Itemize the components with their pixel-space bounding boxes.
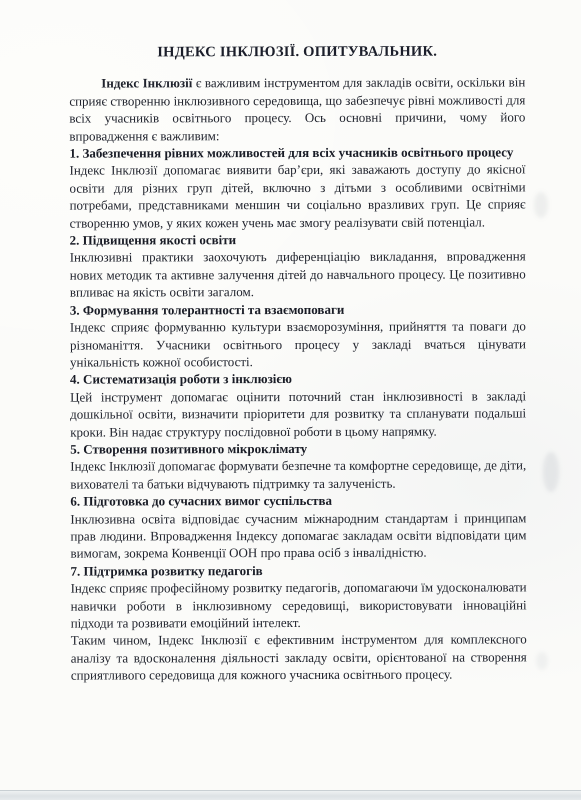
section-3: 3. Формування толерантності та взаємопов…	[70, 300, 526, 371]
scanned-page: ІНДЕКС ІНКЛЮЗІЇ. ОПИТУВАЛЬНИК. Індекс Ін…	[0, 0, 581, 800]
section-2-body: Інклюзивні практики заохочують диференці…	[70, 248, 526, 301]
section-6-heading: 6. Підготовка до сучасних вимог суспільс…	[70, 492, 526, 511]
page-bottom-edge	[0, 790, 581, 800]
section-2: 2. Підвищення якості освіти Інклюзивні п…	[70, 230, 526, 301]
closing-paragraph: Таким чином, Індекс Інклюзії є ефективни…	[71, 631, 527, 684]
section-7-body: Індекс сприяє професійному розвитку педа…	[71, 579, 527, 632]
scan-smudge	[543, 452, 559, 492]
section-7: 7. Підтримка розвитку педагогів Індекс с…	[71, 561, 527, 632]
scan-smudge	[534, 192, 548, 218]
section-5-body: Індекс Інклюзії допомагає формувати безп…	[70, 457, 526, 493]
section-4: 4. Систематизація роботи з інклюзією Цей…	[70, 370, 526, 441]
document-title: ІНДЕКС ІНКЛЮЗІЇ. ОПИТУВАЛЬНИК.	[69, 43, 525, 62]
section-1-body: Індекс Інклюзії допомагає виявити бар’єр…	[69, 161, 525, 232]
section-1: 1. Забезпечення рівних можливостей для в…	[69, 143, 525, 231]
section-7-heading: 7. Підтримка розвитку педагогів	[71, 561, 527, 580]
section-2-heading: 2. Підвищення якості освіти	[70, 230, 526, 249]
section-6-body: Інклюзивна освіта відповідає сучасним мі…	[70, 509, 526, 562]
intro-paragraph: Індекс Інклюзії є важливим інструментом …	[69, 74, 525, 145]
intro-lead-bold: Індекс Інклюзії	[101, 76, 192, 91]
section-6: 6. Підготовка до сучасних вимог суспільс…	[70, 492, 526, 563]
section-4-body: Цей інструмент допомагає оцінити поточни…	[70, 387, 526, 440]
section-4-heading: 4. Систематизація роботи з інклюзією	[70, 370, 526, 389]
section-5: 5. Створення позитивного мікроклімату Ін…	[70, 439, 526, 492]
section-3-body: Індекс сприяє формуванню культури взаємо…	[70, 317, 526, 370]
document-content: ІНДЕКС ІНКЛЮЗІЇ. ОПИТУВАЛЬНИК. Індекс Ін…	[69, 43, 527, 684]
section-3-heading: 3. Формування толерантності та взаємопов…	[70, 300, 526, 319]
section-5-heading: 5. Створення позитивного мікроклімату	[70, 439, 526, 458]
section-1-heading: 1. Забезпечення рівних можливостей для в…	[69, 143, 525, 162]
scan-smudge	[536, 652, 548, 670]
